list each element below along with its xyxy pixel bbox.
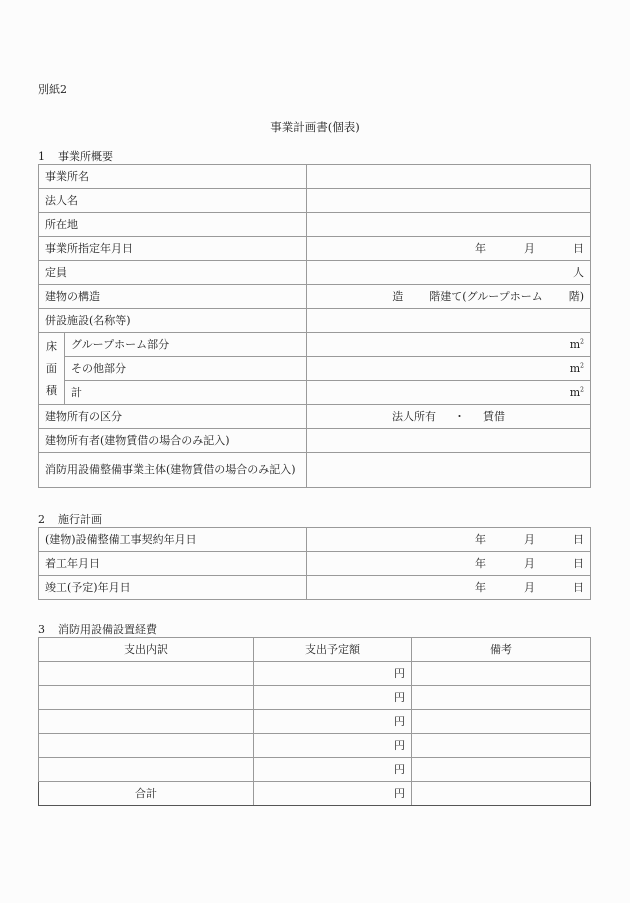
amount-field[interactable]: 円	[254, 758, 412, 782]
row-floor-area-group-home: 床 面 積 グループホーム部分 m2	[39, 333, 591, 357]
unit-superscript: 2	[580, 362, 584, 369]
header-row: 支出内訳 支出予定額 備考	[39, 638, 591, 662]
construction-plan-table: (建物)設備整備工事契約年月日 年月日 着工年月日 年月日 竣工(予定)年月日 …	[38, 527, 591, 600]
floor-suffix: 階)	[569, 290, 584, 303]
table-row: 円	[39, 758, 591, 782]
table-row: 円	[39, 686, 591, 710]
attachment-label: 別紙2	[38, 81, 67, 97]
row-location: 所在地	[39, 213, 591, 237]
total-label: 合計	[39, 782, 254, 806]
notes-field[interactable]	[412, 662, 591, 686]
floors-unit: 階建て(グループホーム	[429, 290, 542, 303]
month-unit: 月	[524, 581, 535, 595]
building-owner-label: 建物所有者(建物賃借の場合のみ記入)	[39, 429, 307, 453]
day-unit: 日	[573, 242, 584, 256]
breakdown-field[interactable]	[39, 662, 254, 686]
row-start-date: 着工年月日 年月日	[39, 552, 591, 576]
floor-area-char-2: 面	[43, 358, 60, 380]
designation-date-label: 事業所指定年月日	[39, 237, 307, 261]
yen-unit: 円	[394, 739, 405, 752]
start-date-field[interactable]: 年月日	[307, 552, 591, 576]
document-title: 事業計画書(個表)	[0, 119, 630, 135]
contract-date-field[interactable]: 年月日	[307, 528, 591, 552]
row-facility-name: 事業所名	[39, 165, 591, 189]
section1-number: 1	[38, 150, 58, 163]
fire-equipment-cost-table: 支出内訳 支出予定額 備考 円 円 円 円 円 合計 円	[38, 637, 591, 806]
structure-label: 建物の構造	[39, 285, 307, 309]
notes-field[interactable]	[412, 686, 591, 710]
ownership-type-label: 建物所有の区分	[39, 405, 307, 429]
column-header-amount: 支出予定額	[254, 638, 412, 662]
yen-unit: 円	[394, 787, 405, 800]
breakdown-field[interactable]	[39, 710, 254, 734]
row-completion-date: 竣工(予定)年月日 年月日	[39, 576, 591, 600]
floor-area-total-label: 計	[65, 381, 307, 405]
facility-name-label: 事業所名	[39, 165, 307, 189]
notes-field[interactable]	[412, 734, 591, 758]
table-row: 円	[39, 662, 591, 686]
year-unit: 年	[475, 533, 486, 547]
row-capacity: 定員 人	[39, 261, 591, 285]
row-adjoining-facility: 併設施設(名称等)	[39, 309, 591, 333]
floor-area-char-1: 床	[43, 336, 60, 358]
section1-title: 事業所概要	[58, 150, 113, 163]
square-meter-unit: m	[570, 386, 580, 399]
row-building-owner: 建物所有者(建物賃借の場合のみ記入)	[39, 429, 591, 453]
option-owned[interactable]: 法人所有	[392, 410, 436, 423]
corporation-name-label: 法人名	[39, 189, 307, 213]
floor-area-label: 床 面 積	[39, 333, 65, 405]
notes-field[interactable]	[412, 758, 591, 782]
floor-area-other-field[interactable]: m2	[307, 357, 591, 381]
fire-equipment-operator-field[interactable]	[307, 453, 591, 488]
yen-unit: 円	[394, 763, 405, 776]
completion-date-label: 竣工(予定)年月日	[39, 576, 307, 600]
table-row: 円	[39, 710, 591, 734]
contract-date-label: (建物)設備整備工事契約年月日	[39, 528, 307, 552]
year-unit: 年	[475, 581, 486, 595]
row-floor-area-other: その他部分 m2	[39, 357, 591, 381]
floor-area-total-field[interactable]: m2	[307, 381, 591, 405]
construction-unit: 造	[392, 290, 403, 303]
amount-field[interactable]: 円	[254, 710, 412, 734]
yen-unit: 円	[394, 691, 405, 704]
month-unit: 月	[524, 557, 535, 571]
unit-superscript: 2	[580, 386, 584, 393]
adjoining-facility-field[interactable]	[307, 309, 591, 333]
section1-heading: 1事業所概要	[38, 148, 113, 164]
day-unit: 日	[573, 533, 584, 547]
row-floor-area-total: 計 m2	[39, 381, 591, 405]
ownership-type-field[interactable]: 法人所有・賃借	[307, 405, 591, 429]
section3-title: 消防用設備設置経費	[58, 623, 157, 636]
year-unit: 年	[475, 557, 486, 571]
building-owner-field[interactable]	[307, 429, 591, 453]
row-structure: 建物の構造 造階建て(グループホーム階)	[39, 285, 591, 309]
total-amount-field[interactable]: 円	[254, 782, 412, 806]
section2-heading: 2施行計画	[38, 511, 102, 527]
option-leased[interactable]: 賃借	[483, 410, 505, 423]
square-meter-unit: m	[570, 362, 580, 375]
floor-area-other-label: その他部分	[65, 357, 307, 381]
corporation-name-field[interactable]	[307, 189, 591, 213]
total-row: 合計 円	[39, 782, 591, 806]
section3-heading: 3消防用設備設置経費	[38, 621, 157, 637]
square-meter-unit: m	[570, 338, 580, 351]
month-unit: 月	[524, 533, 535, 547]
capacity-field[interactable]: 人	[307, 261, 591, 285]
completion-date-field[interactable]: 年月日	[307, 576, 591, 600]
adjoining-facility-label: 併設施設(名称等)	[39, 309, 307, 333]
floor-area-char-3: 積	[43, 380, 60, 402]
row-contract-date: (建物)設備整備工事契約年月日 年月日	[39, 528, 591, 552]
facility-name-field[interactable]	[307, 165, 591, 189]
day-unit: 日	[573, 581, 584, 595]
row-corporation-name: 法人名	[39, 189, 591, 213]
row-fire-equipment-operator: 消防用設備整備事業主体(建物賃借の場合のみ記入)	[39, 453, 591, 488]
section3-number: 3	[38, 623, 58, 636]
amount-field[interactable]: 円	[254, 662, 412, 686]
yen-unit: 円	[394, 667, 405, 680]
row-ownership-type: 建物所有の区分 法人所有・賃借	[39, 405, 591, 429]
location-label: 所在地	[39, 213, 307, 237]
amount-field[interactable]: 円	[254, 734, 412, 758]
unit-superscript: 2	[580, 338, 584, 345]
column-header-breakdown: 支出内訳	[39, 638, 254, 662]
column-header-notes: 備考	[412, 638, 591, 662]
structure-field[interactable]: 造階建て(グループホーム階)	[307, 285, 591, 309]
amount-field[interactable]: 円	[254, 686, 412, 710]
facility-overview-table: 事業所名 法人名 所在地 事業所指定年月日 年月日 定員 人 建物の構造 造階建…	[38, 164, 591, 488]
location-field[interactable]	[307, 213, 591, 237]
start-date-label: 着工年月日	[39, 552, 307, 576]
capacity-unit: 人	[573, 266, 584, 279]
year-unit: 年	[475, 242, 486, 256]
floor-area-group-home-field[interactable]: m2	[307, 333, 591, 357]
breakdown-field[interactable]	[39, 686, 254, 710]
capacity-label: 定員	[39, 261, 307, 285]
notes-field[interactable]	[412, 710, 591, 734]
table-row: 円	[39, 734, 591, 758]
section2-title: 施行計画	[58, 513, 102, 526]
fire-equipment-operator-label: 消防用設備整備事業主体(建物賃借の場合のみ記入)	[39, 453, 307, 488]
section2-number: 2	[38, 513, 58, 526]
floor-area-group-home-label: グループホーム部分	[65, 333, 307, 357]
day-unit: 日	[573, 557, 584, 571]
total-notes-field[interactable]	[412, 782, 591, 806]
yen-unit: 円	[394, 715, 405, 728]
designation-date-field[interactable]: 年月日	[307, 237, 591, 261]
breakdown-field[interactable]	[39, 758, 254, 782]
breakdown-field[interactable]	[39, 734, 254, 758]
row-designation-date: 事業所指定年月日 年月日	[39, 237, 591, 261]
month-unit: 月	[524, 242, 535, 256]
option-separator: ・	[454, 410, 465, 423]
